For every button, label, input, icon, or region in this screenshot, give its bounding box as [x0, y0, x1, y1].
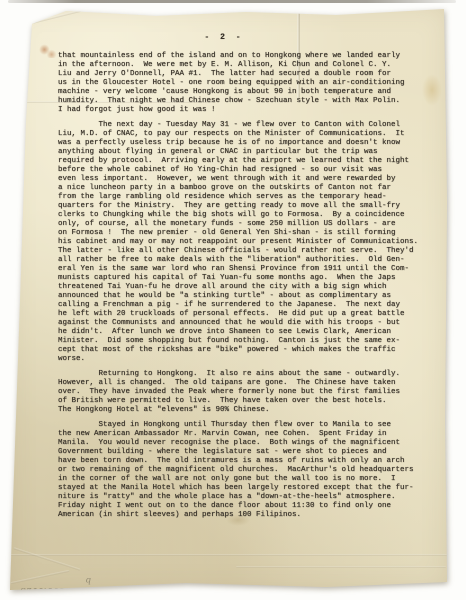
letter-paper: - 2 - that mountainless end of the islan… [6, 2, 452, 594]
rust-stain-top-left [39, 44, 57, 58]
scan-background: - 2 - that mountainless end of the islan… [0, 0, 466, 600]
paragraph-manila-visit: Stayed in Hongkong until Thursday then f… [58, 421, 440, 520]
fold-top-left-corner [27, 9, 86, 25]
paragraph-canton-trip: The next day - Tuesday May 31 - we flew … [58, 121, 440, 364]
crease-line-bottom-right [236, 566, 446, 568]
letter-page: - 2 - that mountainless end of the islan… [6, 2, 452, 594]
wrinkle-bottom-left-1 [13, 547, 80, 571]
paragraph-hongkong-arrival: that mountainless end of the island and … [58, 52, 440, 115]
crease-line-bottom [8, 554, 448, 556]
page-number: - 2 - [196, 33, 252, 42]
accession-number-pencil: 2019.151.1123 b [15, 575, 91, 595]
paragraph-return-hongkong: Returning to Hongkong. It also re ains a… [58, 370, 440, 415]
letter-body: that mountainless end of the island and … [58, 52, 440, 526]
